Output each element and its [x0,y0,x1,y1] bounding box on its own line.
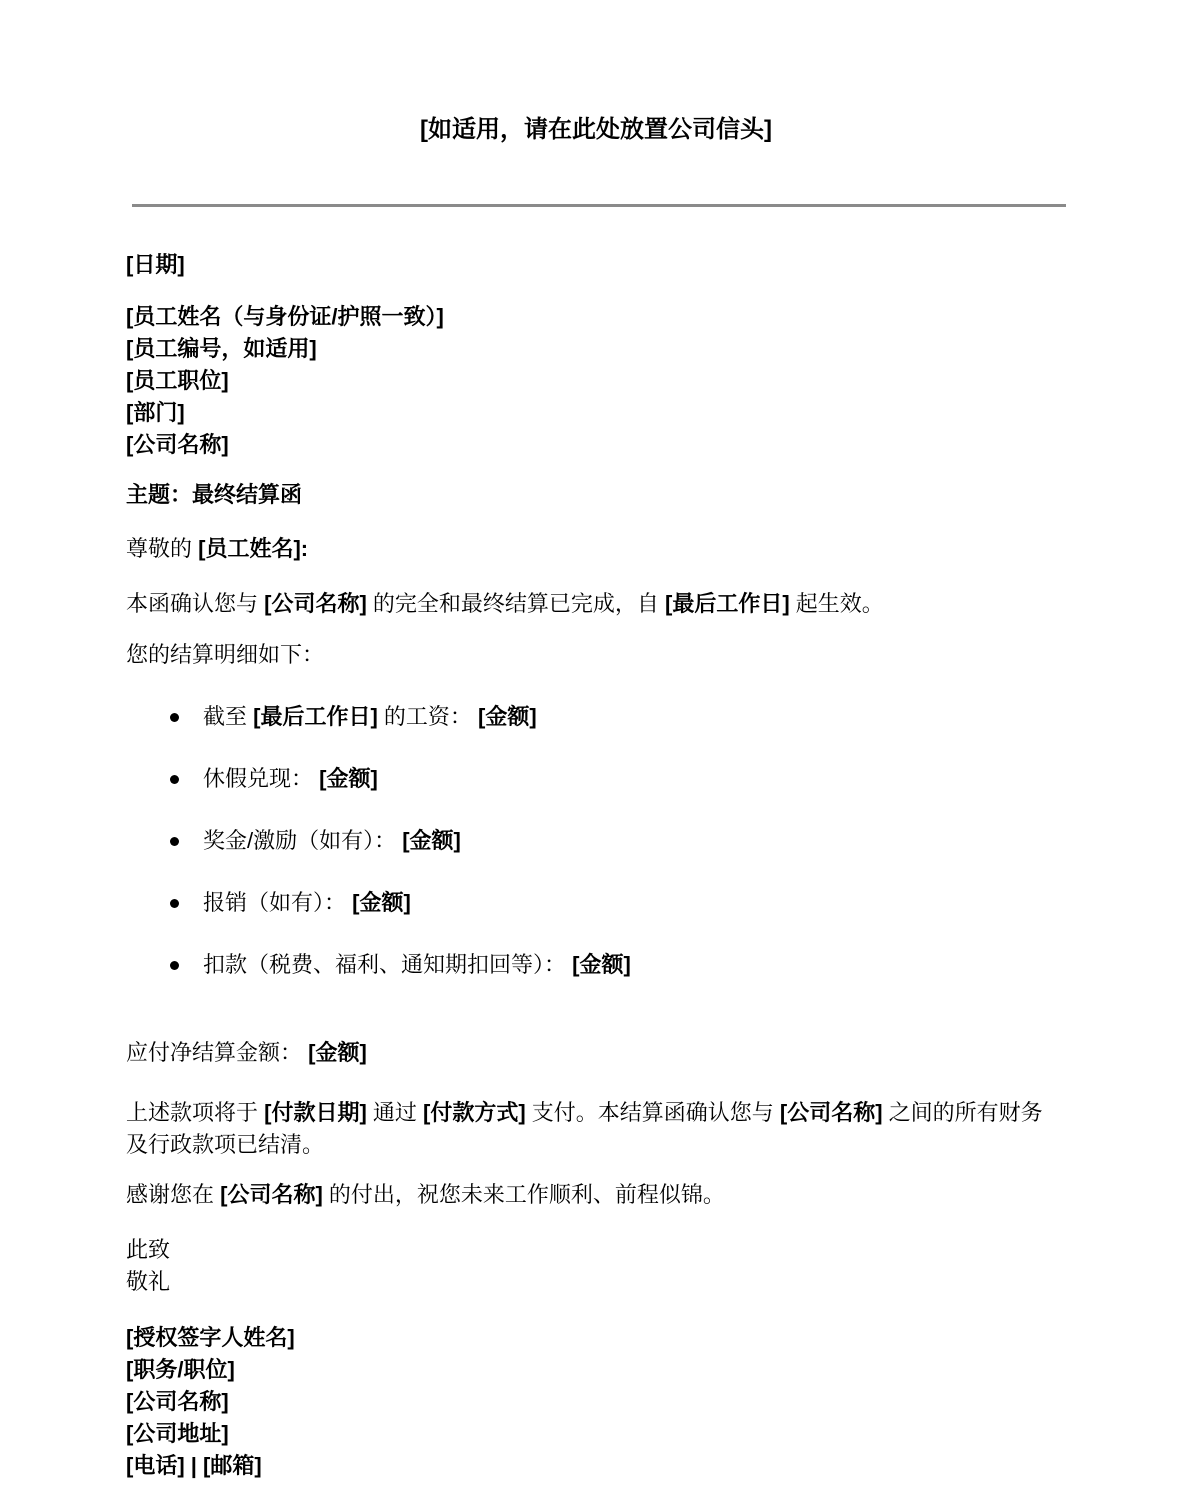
payment-text: 支付。本结算函确认您与 [526,1100,780,1125]
signature-line-signer-name: [授权签字人姓名] [126,1322,1066,1354]
item-text: 奖金/激励（如有）： [203,828,402,853]
last-working-day-placeholder: [最后工作日] [253,704,378,729]
amount-placeholder: [金额] [402,828,461,853]
signature-line-company: [公司名称] [126,1386,1066,1418]
closing-block: 此致敬礼 [126,1234,1066,1298]
document-page: [如适用，请在此处放置公司信头] [日期] [员工姓名（与身份证/护照一致）] … [0,0,1194,1498]
signature-block: [授权签字人姓名] [职务/职位] [公司名称] [公司地址] [电话] | [… [126,1322,1066,1482]
list-item-reimbursement: 报销（如有）： [金额] [203,887,1066,919]
recipient-line-employee-title: [员工职位] [126,365,1066,397]
settlement-list: 截至 [最后工作日] 的工资： [金额] 休假兑现： [金额] 奖金/激励（如有… [126,701,1066,981]
payment-text: 上述款项将于 [126,1100,264,1125]
intro-text: 起生效。 [790,591,884,616]
amount-placeholder: [金额] [478,704,537,729]
amount-placeholder: [金额] [308,1040,367,1065]
list-item-salary: 截至 [最后工作日] 的工资： [金额] [203,701,1066,733]
letterhead-placeholder: [如适用，请在此处放置公司信头] [126,112,1066,148]
signature-line-address: [公司地址] [126,1418,1066,1450]
salutation-name-placeholder: [员工姓名] [198,536,301,561]
net-amount-line: 应付净结算金额： [金额] [126,1037,1066,1069]
subject-line: 主题：最终结算函 [126,479,1066,511]
details-heading: 您的结算明细如下： [126,639,1066,671]
item-text: 截至 [203,704,253,729]
thanks-text: 的付出，祝您未来工作顺利、前程似锦。 [323,1182,725,1207]
list-item-bonus: 奖金/激励（如有）： [金额] [203,825,1066,857]
company-name-placeholder: [公司名称] [220,1182,323,1207]
recipient-line-employee-name: [员工姓名（与身份证/护照一致）] [126,301,1066,333]
intro-text: 的完全和最终结算已完成，自 [367,591,665,616]
company-name-placeholder: [公司名称] [264,591,367,616]
thanks-text: 感谢您在 [126,1182,220,1207]
company-name-placeholder: [公司名称] [780,1100,883,1125]
payment-paragraph: 上述款项将于 [付款日期] 通过 [付款方式] 支付。本结算函确认您与 [公司名… [126,1097,1048,1161]
date-line: [日期] [126,249,1066,281]
payment-date-placeholder: [付款日期] [264,1100,367,1125]
closing-line-1: 此致 [126,1237,170,1262]
intro-paragraph: 本函确认您与 [公司名称] 的完全和最终结算已完成，自 [最后工作日] 起生效。 [126,588,1066,620]
item-text: 的工资： [378,704,478,729]
last-working-day-placeholder: [最后工作日] [665,591,790,616]
recipient-line-department: [部门] [126,397,1066,429]
payment-text: 通过 [367,1100,423,1125]
salutation-colon: : [301,536,308,561]
list-item-leave-encashment: 休假兑现： [金额] [203,763,1066,795]
salutation-prefix: 尊敬的 [126,536,198,561]
intro-text: 本函确认您与 [126,591,264,616]
amount-placeholder: [金额] [319,766,378,791]
item-text: 休假兑现： [203,766,319,791]
closing-line-2: 敬礼 [126,1269,170,1294]
divider-line [132,204,1066,207]
amount-placeholder: [金额] [572,952,631,977]
thanks-paragraph: 感谢您在 [公司名称] 的付出，祝您未来工作顺利、前程似锦。 [126,1179,1066,1211]
signature-line-title: [职务/职位] [126,1354,1066,1386]
item-text: 扣款（税费、福利、通知期扣回等）： [203,952,572,977]
payment-method-placeholder: [付款方式] [423,1100,526,1125]
net-amount-label: 应付净结算金额： [126,1040,308,1065]
recipient-line-company: [公司名称] [126,429,1066,461]
recipient-line-employee-id: [员工编号，如适用] [126,333,1066,365]
item-text: 报销（如有）： [203,890,352,915]
list-item-deductions: 扣款（税费、福利、通知期扣回等）： [金额] [203,949,1066,981]
salutation-line: 尊敬的 [员工姓名]: [126,533,1066,565]
recipient-block: [员工姓名（与身份证/护照一致）] [员工编号，如适用] [员工职位] [部门]… [126,301,1066,461]
amount-placeholder: [金额] [352,890,411,915]
signature-line-phone-email: [电话] | [邮箱] [126,1450,1066,1482]
